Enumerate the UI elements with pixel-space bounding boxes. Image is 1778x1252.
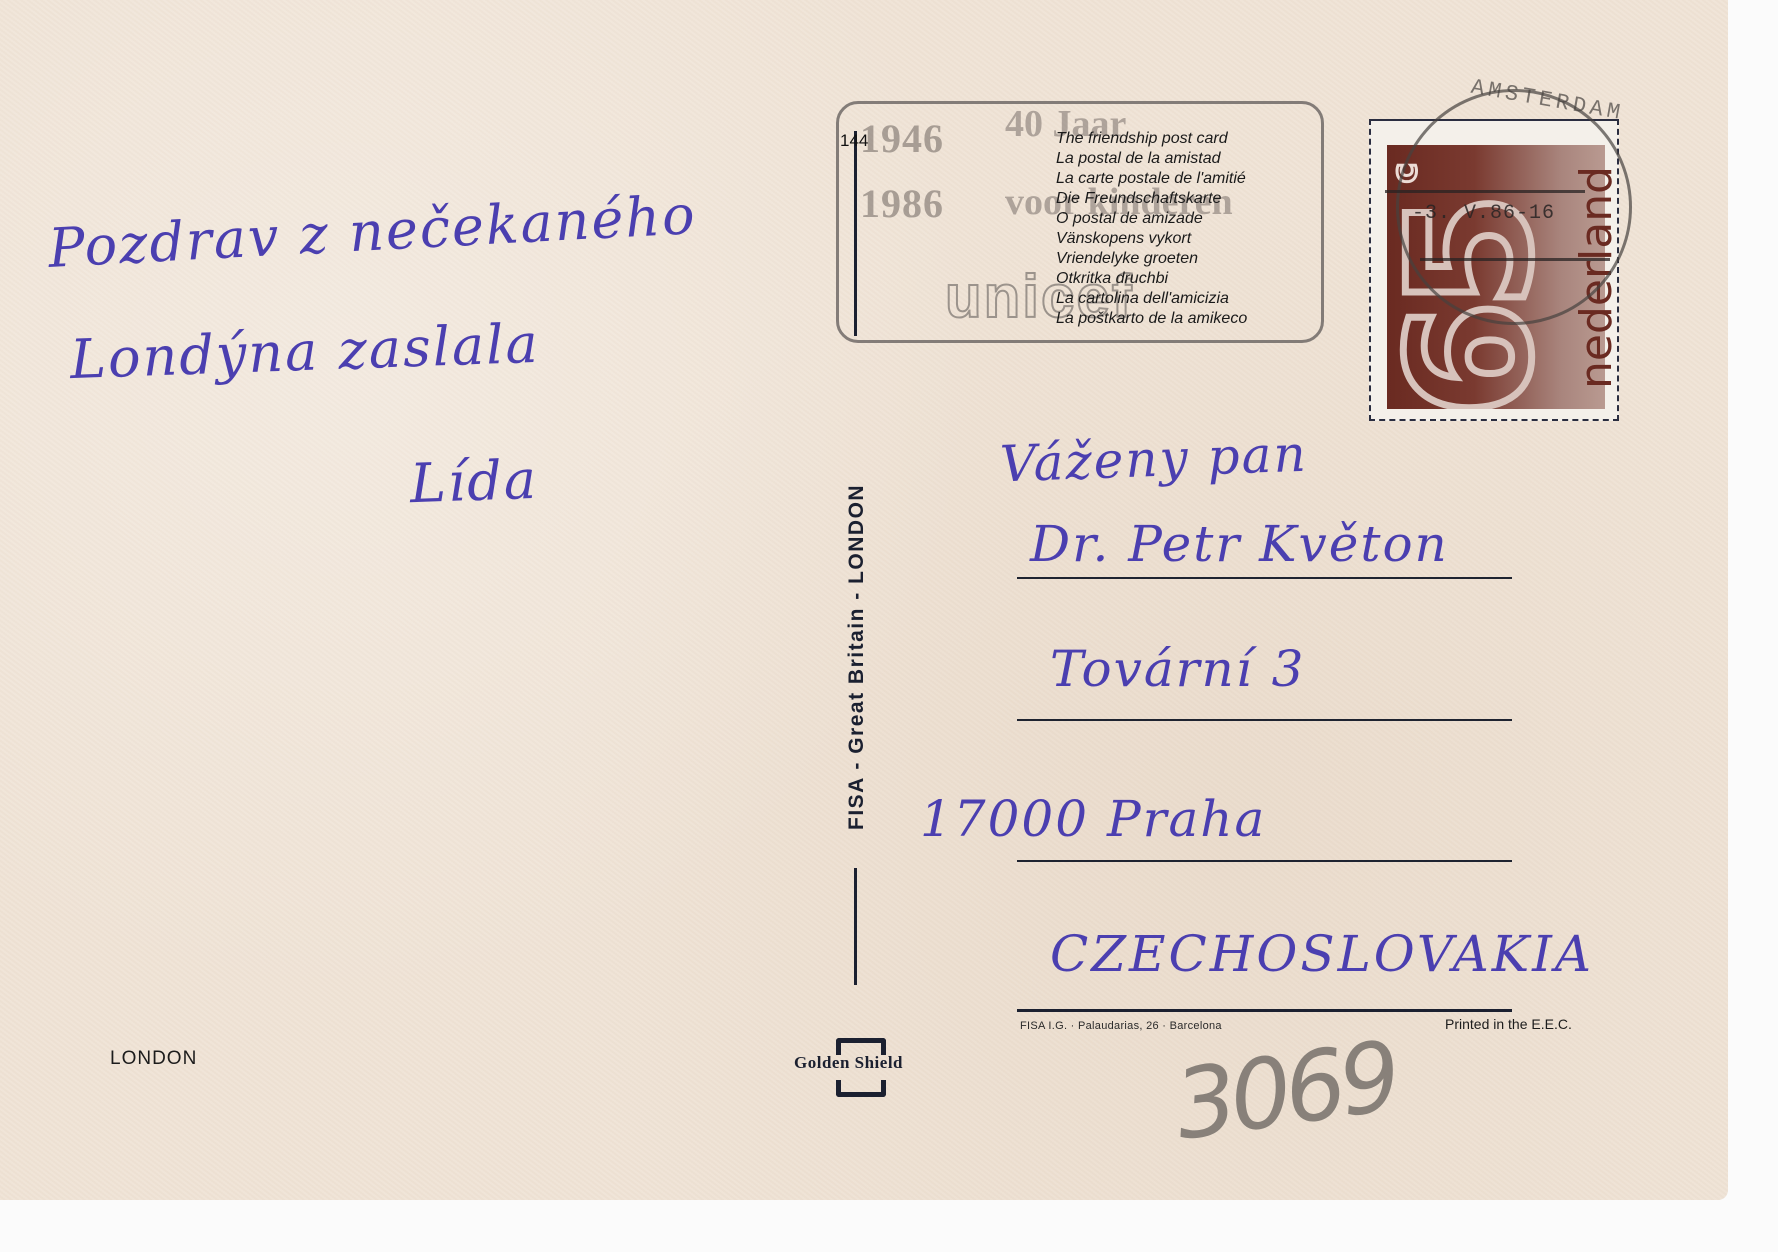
message-signature: Lída: [409, 448, 539, 515]
publisher-imprint: FISA - Great Britain - LONDON: [845, 484, 869, 830]
printed-in-label: Printed in the E.E.C.: [1445, 1016, 1572, 1032]
shield-icon: [836, 1080, 886, 1097]
caption-label: LONDON: [110, 1048, 197, 1070]
address-line: Dr. Petr Květon: [1030, 515, 1449, 573]
friendship-text: The friendship post card: [1056, 129, 1247, 149]
card-number: 144: [840, 131, 868, 151]
address-line: 17000 Praha: [920, 790, 1266, 848]
center-divider-lower: [854, 868, 857, 985]
address-line: Váženy pan: [999, 425, 1308, 494]
pencil-note: 3069: [1168, 1020, 1402, 1162]
address-rule: [1017, 719, 1512, 721]
friendship-text: Die Freundschaftskarte: [1056, 189, 1247, 209]
address-line: Tovární 3: [1050, 640, 1305, 698]
message-line: Pozdrav z nečekaného: [47, 183, 698, 280]
friendship-text: La carte postale de l'amitié: [1056, 169, 1247, 189]
printer-info: FISA I.G. · Palaudarias, 26 · Barcelona: [1020, 1020, 1222, 1032]
cancellation-year-end: 1986: [860, 180, 944, 227]
address-rule: [1017, 860, 1512, 862]
message-line: Londýna zaslala: [69, 312, 541, 391]
postmark-bar: [1385, 190, 1585, 193]
address-rule: [1017, 1009, 1512, 1012]
friendship-text-list: The friendship post card La postal de la…: [1056, 129, 1247, 329]
friendship-text: La postal de la amistad: [1056, 149, 1247, 169]
publisher-logo: Golden Shield: [780, 1030, 960, 1105]
postcard-back: Pozdrav z nečekaného Londýna zaslala Líd…: [0, 0, 1728, 1200]
friendship-text: Vänskopens vykort: [1056, 229, 1247, 249]
postmark-date: -3. V.86-16: [1412, 202, 1555, 225]
cancellation-year-start: 1946: [860, 115, 944, 162]
friendship-text: La cartolina dell'amicizia: [1056, 289, 1247, 309]
publisher-name: Golden Shield: [794, 1053, 903, 1073]
friendship-text: Otkritka druchbi: [1056, 269, 1247, 289]
friendship-text: O postal de amizade: [1056, 209, 1247, 229]
friendship-text: Vriendelyke groeten: [1056, 249, 1247, 269]
friendship-text: La poštkarto de la amikeco: [1056, 309, 1247, 329]
address-rule: [1017, 577, 1512, 579]
postmark-bar: [1420, 258, 1610, 261]
address-line: CZECHOSLOVAKIA: [1050, 925, 1594, 983]
